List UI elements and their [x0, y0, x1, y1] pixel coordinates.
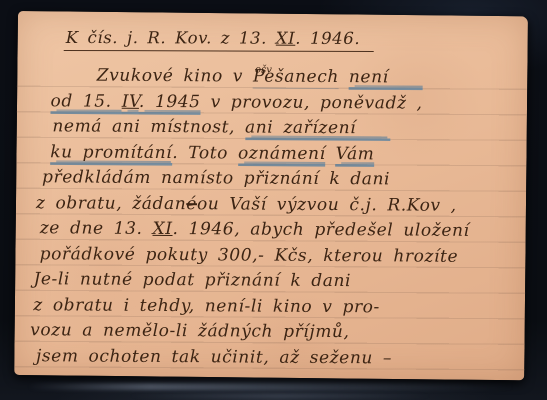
- frame-reflection-secondary: [130, 394, 430, 398]
- handwritten-line: z obratu i tehdy, není-li kino v pro-: [25, 293, 525, 322]
- handwriting-segment: Pešanechošv: [253, 67, 339, 91]
- postcard: K čís. j. R. Kov. z 13. XI. 1946. Zvukov…: [14, 11, 528, 380]
- handwriting-segment: IV: [122, 91, 139, 114]
- handwriting-segment: ze dne 13.: [40, 218, 153, 242]
- handwritten-line: ku promítání. Toto oznámení Vám: [26, 140, 526, 169]
- handwritten-line: od 15. IV. 1945 v provozu, poněvadž ,: [26, 89, 526, 118]
- handwriting-body: Zvukové kino v Pešanechošv neníod 15. IV…: [15, 63, 527, 372]
- handwriting-segment: Vám: [336, 144, 375, 167]
- superscript-correction: ošv: [255, 58, 272, 84]
- handwriting-segment: ku promítání: [50, 142, 172, 166]
- photo-background: K čís. j. R. Kov. z 13. XI. 1946. Zvukov…: [0, 0, 547, 400]
- handwritten-line: z obratu, žádanéou Vaší výzvou č.j. R.Ko…: [26, 191, 526, 220]
- handwritten-line: nemá ani místnost, ani zařízení: [26, 114, 526, 143]
- handwriting-segment: vozu a nemělo-li žádných příjmů,: [30, 320, 350, 345]
- handwriting-segment: Je-li nutné podat přiznání k dani: [33, 269, 351, 294]
- handwritten-line: vozu a nemělo-li žádných příjmů,: [25, 318, 525, 347]
- handwritten-line: Zvukové kino v Pešanechošv není: [27, 63, 527, 92]
- handwriting-segment: oznámení: [238, 143, 326, 167]
- handwritten-line: předkládám namísto přiznání k dani: [26, 165, 526, 194]
- frame-reflection: [28, 383, 514, 390]
- handwriting-segment: ani zařízení: [245, 118, 390, 142]
- handwriting-segment: . Toto: [172, 143, 238, 166]
- header-month-roman-numeral: XI: [276, 29, 296, 48]
- handwriting-segment: nemá ani místnost,: [52, 116, 245, 140]
- handwriting-segment: XI: [152, 219, 172, 242]
- header-line: K čís. j. R. Kov. z 13. XI. 1946.: [18, 13, 528, 53]
- handwritten-line: ze dne 13. XI. 1946, abych předešel ulož…: [26, 216, 526, 245]
- handwritten-line: pořádkové pokuty 300,- Kčs, kterou hrozí…: [26, 242, 526, 271]
- handwriting-segment: z obratu, žádan: [36, 193, 187, 217]
- handwriting-segment: [339, 67, 349, 90]
- header-underline: K čís. j. R. Kov. z 13. XI. 1946.: [64, 28, 375, 52]
- handwriting-segment: . 1945: [139, 91, 201, 114]
- handwriting-segment: . 1946, abych předešel uložení: [172, 219, 469, 244]
- handwriting-segment: ou Vaší výzvou č.j. R.Kov ,: [197, 194, 457, 219]
- handwriting-segment: pořádkové pokuty 300,- Kčs, kterou hrozí…: [40, 244, 459, 270]
- handwriting-segment: é: [186, 194, 197, 217]
- header-prefix: K čís. j. R. Kov. z 13.: [66, 28, 276, 48]
- handwriting-segment: v provozu, poněvadž ,: [201, 92, 423, 116]
- handwritten-line: Je-li nutné podat přiznání k dani: [25, 267, 525, 296]
- handwriting-segment: předkládám namísto přiznání k dani: [42, 167, 390, 192]
- header-suffix: . 1946.: [295, 29, 360, 48]
- handwriting-segment: od 15.: [50, 91, 121, 114]
- handwriting-segment: jsem ochoten tak učinit, až seženu –: [36, 346, 392, 371]
- handwriting-segment: z obratu i tehdy, není-li kino v pro-: [33, 295, 380, 320]
- handwritten-line: jsem ochoten tak učinit, až seženu –: [25, 344, 525, 373]
- handwriting-segment: není: [349, 67, 423, 90]
- handwriting-segment: Zvukové kino v: [97, 66, 253, 90]
